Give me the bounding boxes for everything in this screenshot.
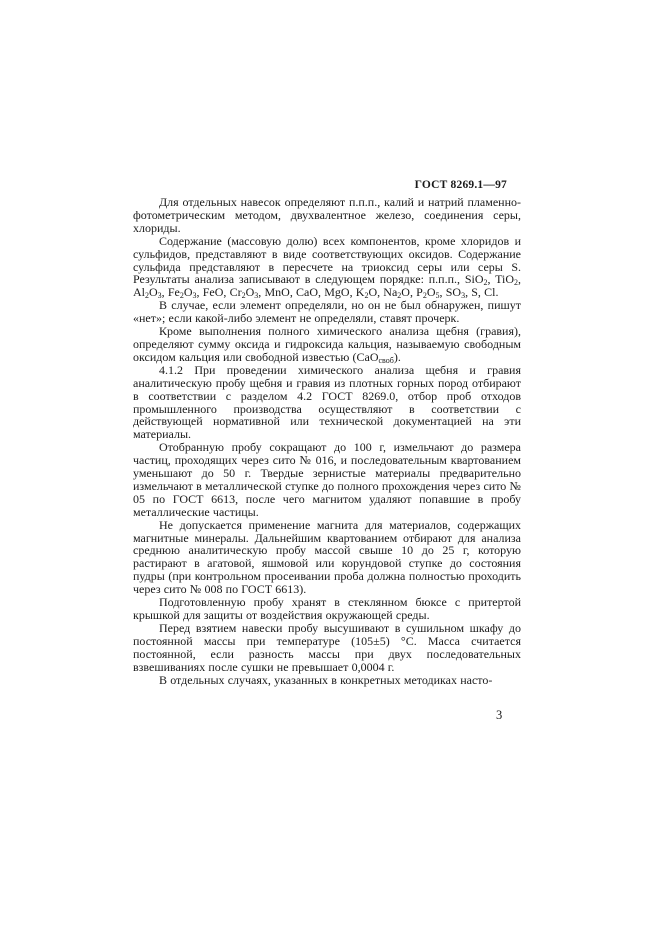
paragraph: Для отдельных навесок определяют п.п.п.,… (133, 196, 521, 235)
document-body: Для отдельных навесок определяют п.п.п.,… (133, 196, 521, 686)
paragraph: Подготовленную пробу хранят в стеклянном… (133, 596, 521, 622)
text-block: ГОСТ 8269.1—97 Для отдельных навесок опр… (133, 178, 521, 686)
paragraph: В случае, если элемент определяли, но он… (133, 299, 521, 325)
paragraph-section-4-1-2: 4.1.2 При проведении химического анализа… (133, 364, 521, 441)
paragraph: Содержание (массовую долю) всех компонен… (133, 235, 521, 300)
paragraph: Перед взятием навески пробу высушивают в… (133, 622, 521, 674)
paragraph: Отобранную пробу сокращают до 100 г, изм… (133, 441, 521, 518)
paragraph: Кроме выполнения полного химического ана… (133, 325, 521, 364)
document-page: ГОСТ 8269.1—97 Для отдельных навесок опр… (0, 0, 661, 935)
paragraph: Не допускается применение магнита для ма… (133, 519, 521, 596)
paragraph: В отдельных случаях, указанных в конкрет… (133, 674, 521, 687)
doc-number-header: ГОСТ 8269.1—97 (133, 178, 521, 192)
page-number: 3 (496, 709, 502, 722)
